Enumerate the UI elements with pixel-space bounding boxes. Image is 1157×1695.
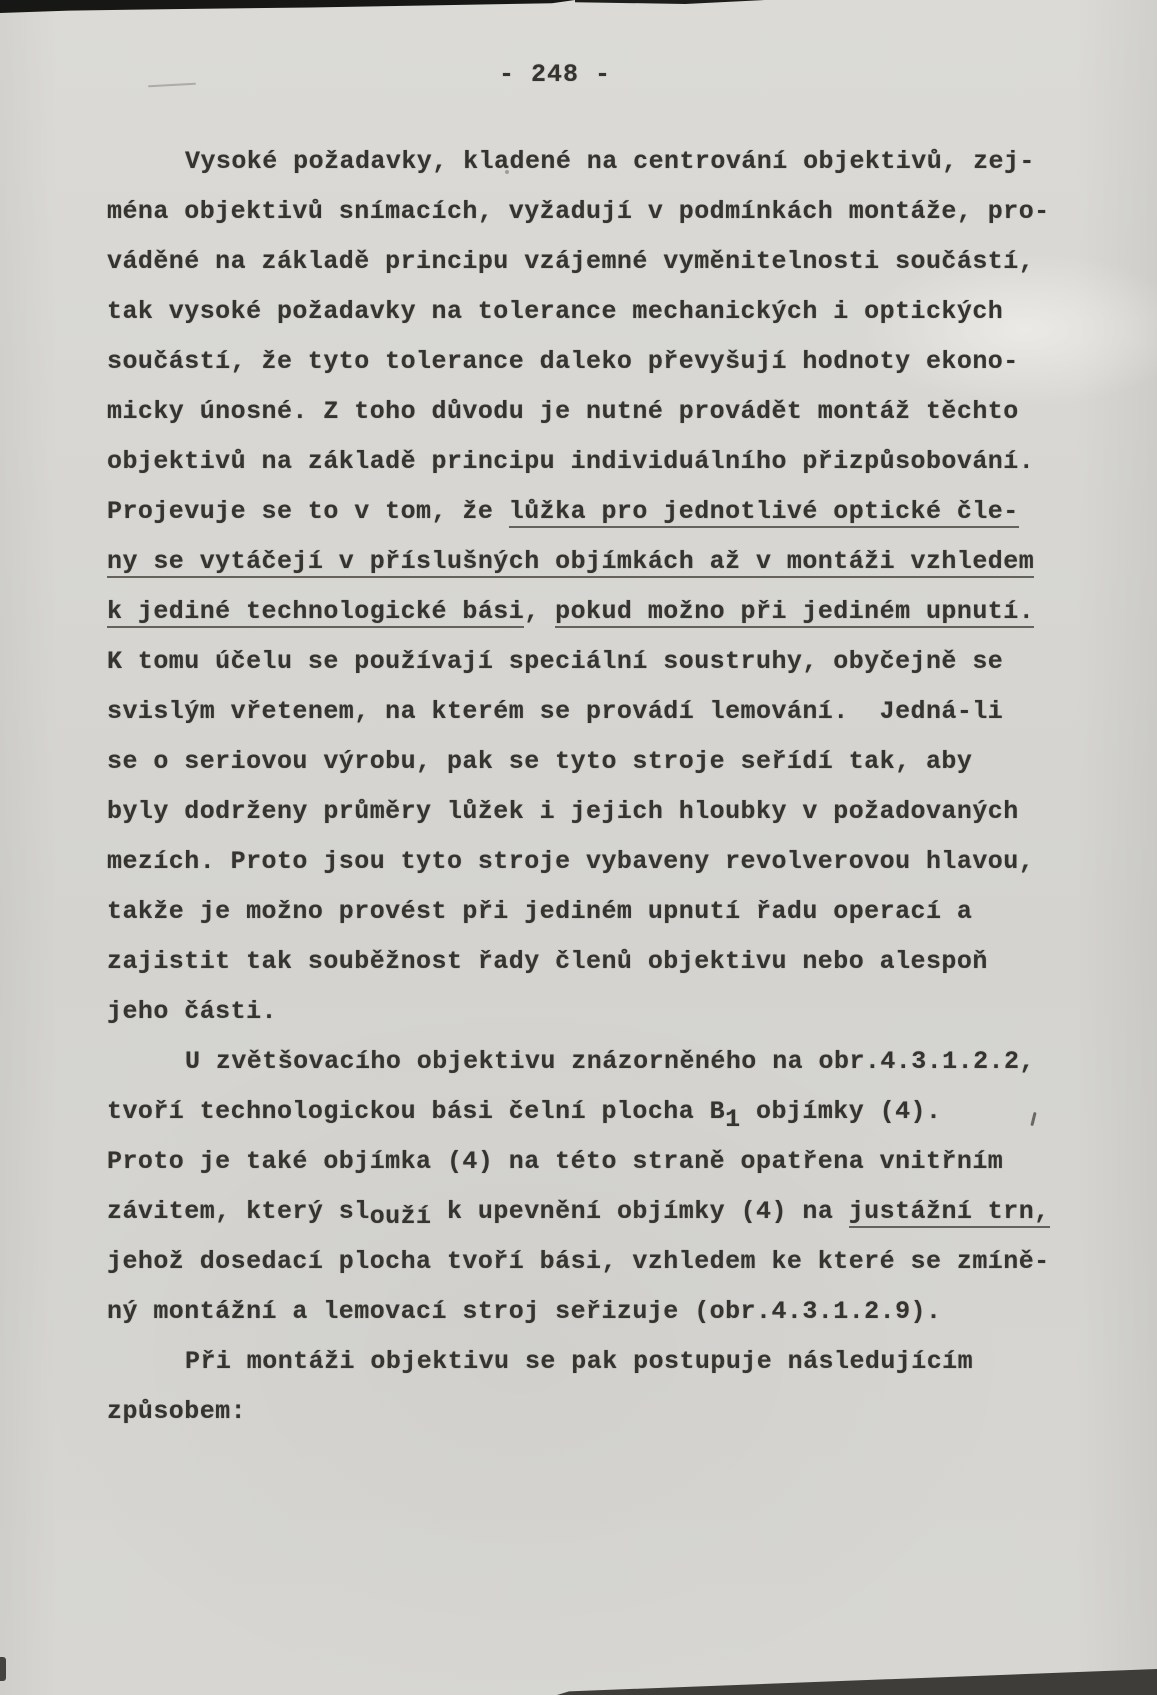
scan-speck-left-icon bbox=[0, 1657, 6, 1681]
text-segment: objektivů na základě principu individuál… bbox=[107, 447, 1034, 476]
scanned-page: - 248 - Vysoké požadavky, kladené na cen… bbox=[0, 0, 1157, 1695]
text-segment: zajistit tak souběžnost řady členů objek… bbox=[107, 947, 988, 976]
text-line: k jediné technologické bási, pokud možno… bbox=[107, 587, 1087, 637]
text-segment: takže je možno provést při jediném upnut… bbox=[107, 897, 972, 926]
text-segment: micky únosné. Z toho důvodu je nutné pro… bbox=[107, 397, 1019, 426]
underlined-text: lůžka pro jednotlivé optické čle- bbox=[509, 497, 1019, 528]
text-line: Projevuje se to v tom, že lůžka pro jedn… bbox=[107, 487, 1087, 537]
text-line: způsobem: bbox=[107, 1387, 1087, 1437]
text-line: takže je možno provést při jediném upnut… bbox=[107, 887, 1087, 937]
text-segment: součástí, že tyto tolerance daleko převy… bbox=[107, 347, 1019, 376]
underlined-text: justážní trn, bbox=[849, 1197, 1050, 1228]
text-segment: tvoří technologickou bási čelní plocha B bbox=[107, 1097, 725, 1126]
document-text: Vysoké požadavky, kladené na centrování … bbox=[107, 137, 1087, 1437]
text-segment: U zvětšovacího objektivu znázorněného na… bbox=[185, 1047, 1035, 1076]
text-segment: se o seriovou výrobu, pak se tyto stroje… bbox=[107, 747, 972, 776]
text-line: tvoří technologickou bási čelní plocha B… bbox=[107, 1087, 1087, 1137]
text-segment: ména objektivů snímacích, vyžadují v pod… bbox=[107, 197, 1050, 226]
text-segment: Proto je také objímka (4) na této straně… bbox=[107, 1147, 1003, 1176]
text-segment: byly dodrženy průměry lůžek i jejich hlo… bbox=[107, 797, 1019, 826]
text-segment: ouží bbox=[370, 1202, 432, 1231]
text-line: jeho části. bbox=[107, 987, 1087, 1037]
text-line: U zvětšovacího objektivu znázorněného na… bbox=[107, 1037, 1087, 1087]
text-line: objektivů na základě principu individuál… bbox=[107, 437, 1087, 487]
scan-edge-bottom-icon bbox=[557, 1669, 1157, 1695]
text-line: ny se vytáčejí v příslušných objímkách a… bbox=[107, 537, 1087, 587]
text-segment: způsobem: bbox=[107, 1397, 246, 1426]
underlined-text: k jediné technologické bási bbox=[107, 597, 524, 628]
text-line: K tomu účelu se používají speciální sous… bbox=[107, 637, 1087, 687]
text-segment: K tomu účelu se používají speciální sous… bbox=[107, 647, 1003, 676]
text-line: závitem, který slouží k upevnění objímky… bbox=[107, 1187, 1087, 1237]
text-line: se o seriovou výrobu, pak se tyto stroje… bbox=[107, 737, 1087, 787]
text-line: ména objektivů snímacích, vyžadují v pod… bbox=[107, 187, 1087, 237]
text-segment: závitem, který sl bbox=[107, 1197, 370, 1226]
text-segment: Projevuje se to v tom, že bbox=[107, 497, 509, 526]
text-line: Proto je také objímka (4) na této straně… bbox=[107, 1137, 1087, 1187]
scan-edge-top-icon bbox=[0, 0, 575, 13]
text-segment: ný montážní a lemovací stroj seřizuje (o… bbox=[107, 1297, 941, 1326]
text-segment: jehož dosedací plocha tvoří bási, vzhled… bbox=[107, 1247, 1050, 1276]
text-segment: Při montáži objektivu se pak postupuje n… bbox=[185, 1347, 973, 1376]
text-line: byly dodrženy průměry lůžek i jejich hlo… bbox=[107, 787, 1087, 837]
text-line: ný montážní a lemovací stroj seřizuje (o… bbox=[107, 1287, 1087, 1337]
text-segment: objímky (4). bbox=[741, 1097, 942, 1126]
text-line: součástí, že tyto tolerance daleko převy… bbox=[107, 337, 1087, 387]
text-line: zajistit tak souběžnost řady členů objek… bbox=[107, 937, 1087, 987]
text-segment: mezích. Proto jsou tyto stroje vybaveny … bbox=[107, 847, 1034, 876]
text-line: Vysoké požadavky, kladené na centrování … bbox=[107, 137, 1087, 187]
text-line: Při montáži objektivu se pak postupuje n… bbox=[107, 1337, 1087, 1387]
scan-edge-top-dash-icon bbox=[575, 0, 765, 4]
text-segment: Vysoké požadavky, kladené na centrování … bbox=[185, 147, 1035, 176]
text-segment: svislým vřetenem, na kterém se provádí l… bbox=[107, 697, 1003, 726]
text-line: svislým vřetenem, na kterém se provádí l… bbox=[107, 687, 1087, 737]
text-segment: váděné na základě principu vzájemné vymě… bbox=[107, 247, 1034, 276]
underlined-text: ny se vytáčejí v příslušných objímkách a… bbox=[107, 547, 1034, 578]
text-segment: , bbox=[524, 597, 555, 626]
text-line: mezích. Proto jsou tyto stroje vybaveny … bbox=[107, 837, 1087, 887]
text-segment: k upevnění objímky (4) na bbox=[432, 1197, 849, 1226]
text-line: tak vysoké požadavky na tolerance mechan… bbox=[107, 287, 1087, 337]
text-segment: tak vysoké požadavky na tolerance mechan… bbox=[107, 297, 1003, 326]
page-number: - 248 - bbox=[0, 60, 1110, 89]
text-segment: jeho části. bbox=[107, 997, 277, 1026]
text-segment: 1 bbox=[725, 1105, 740, 1134]
text-line: váděné na základě principu vzájemné vymě… bbox=[107, 237, 1087, 287]
text-line: micky únosné. Z toho důvodu je nutné pro… bbox=[107, 387, 1087, 437]
text-line: jehož dosedací plocha tvoří bási, vzhled… bbox=[107, 1237, 1087, 1287]
underlined-text: pokud možno při jediném upnutí. bbox=[555, 597, 1034, 628]
